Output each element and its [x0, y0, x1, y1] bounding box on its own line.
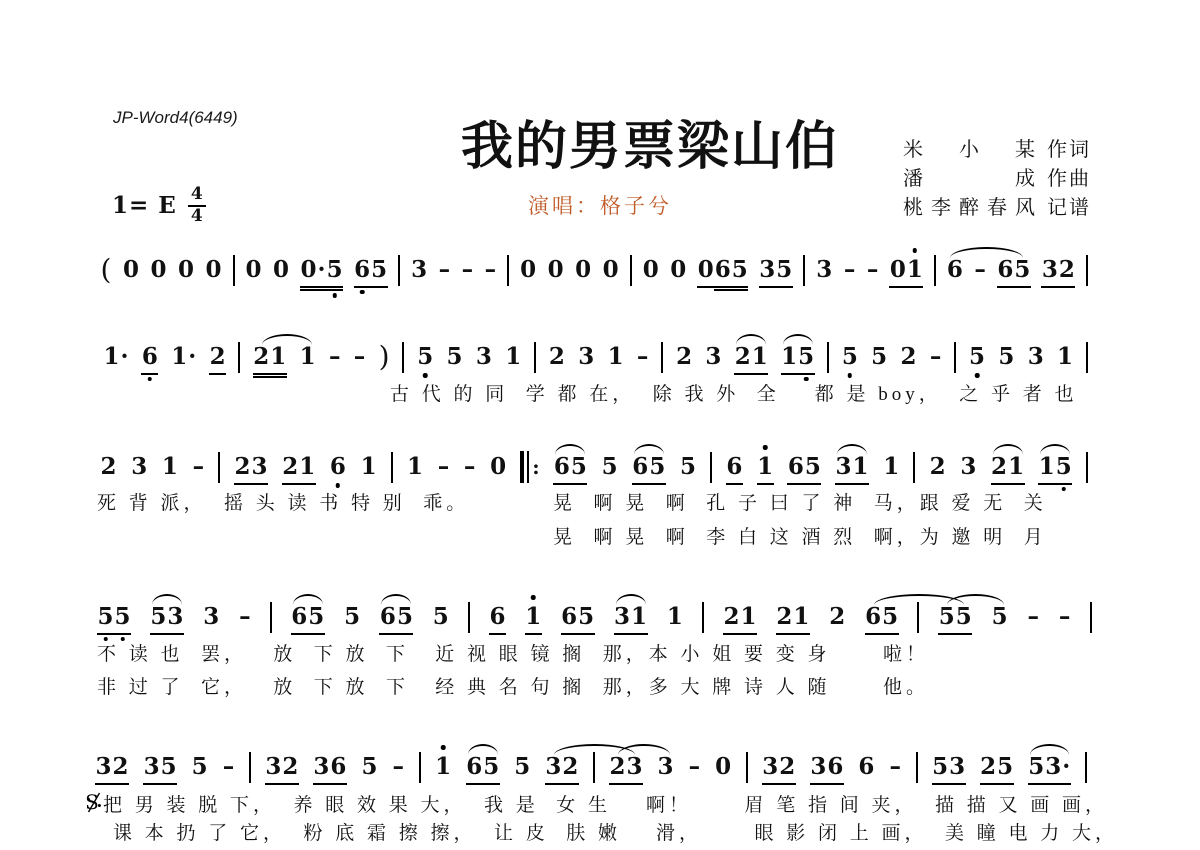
beam-underline: [466, 783, 500, 785]
tie-arc: [152, 594, 183, 605]
key-prefix: 1= E: [112, 192, 177, 219]
octave-dot-above: [531, 595, 536, 600]
note: 6: [946, 255, 963, 285]
note: 0: [122, 255, 139, 285]
note: 0: [602, 255, 619, 285]
note: 1·: [103, 342, 129, 372]
lyric-text: 课 本 扔 了 它， 粉 底 霜 擦 擦， 让 皮 肤 嫩 滑， 眼 影 闭 上…: [113, 823, 1118, 846]
note: 2: [100, 452, 117, 482]
note-char: 3: [614, 602, 631, 632]
beam-underline: [762, 783, 796, 785]
key-signature: 1= E 4 4: [112, 186, 206, 226]
barline: [507, 255, 509, 286]
note: 3: [131, 452, 148, 482]
note: 2: [209, 342, 226, 372]
credit-row: 桃李醉春风记谱: [903, 198, 1099, 218]
note: 21: [282, 452, 316, 482]
note-char: 3: [1027, 342, 1044, 372]
note-char: ·: [188, 342, 197, 372]
note: 55: [938, 602, 972, 632]
barline: [630, 255, 632, 286]
note-char: 1: [740, 602, 757, 632]
notation-line: 55533–65565561653112121265555––: [97, 600, 1092, 634]
note: 65: [632, 452, 666, 482]
note: 5: [601, 452, 618, 482]
note-char: 1: [435, 752, 452, 782]
note-char: 1: [631, 602, 648, 632]
note-char: 5: [396, 602, 413, 632]
segno-icon: S: [86, 791, 102, 821]
note: 53: [150, 602, 184, 632]
time-denominator: 4: [191, 207, 203, 226]
note-char: 3: [626, 752, 643, 782]
tie-arc: [634, 444, 665, 455]
note-char: 0: [889, 255, 906, 285]
barline: [746, 752, 748, 783]
note-char: 5: [680, 452, 697, 482]
note-char: 6: [379, 602, 396, 632]
beam-underline: [759, 286, 793, 288]
lyric-text: 不 读 也 罢， 放 下 放 下 近 视 眼 镜 搁 那，本 小 姐 要 变 身…: [97, 644, 929, 667]
note-char: 2: [282, 752, 299, 782]
note: 25: [980, 752, 1014, 782]
note-char: 5: [97, 602, 114, 632]
note-char: 3: [545, 752, 562, 782]
note-char: –: [222, 752, 235, 782]
note-char: 5: [483, 752, 500, 782]
note: 65: [466, 752, 500, 782]
lyric-text: 晃 啊 晃 啊 孔 子 曰 了 神 马，跟 爱 无 关: [553, 493, 1047, 516]
note-char: 6: [141, 342, 158, 372]
note-char: ): [378, 342, 390, 372]
note-char: 3: [143, 752, 160, 782]
note-char: 3: [95, 752, 112, 782]
note: 6: [329, 452, 346, 482]
beam-underline: [632, 483, 666, 485]
note-char: 5: [432, 602, 449, 632]
octave-dot-below: [423, 373, 428, 378]
note-char: 1: [852, 452, 869, 482]
note-char: 5: [938, 602, 955, 632]
note: 1: [666, 602, 683, 632]
note: 55: [97, 602, 131, 632]
note-char: 5: [326, 255, 343, 285]
note-char: 1: [161, 452, 178, 482]
octave-dot-below: [332, 293, 337, 298]
tie-arc: [293, 594, 324, 605]
note-char: –: [437, 452, 450, 482]
beam-underline: [1038, 483, 1072, 485]
note-char: 5: [649, 452, 666, 482]
note: 5: [417, 342, 434, 372]
note: 53·: [1028, 752, 1071, 782]
note-char: 5: [150, 602, 167, 632]
note: 0: [670, 255, 687, 285]
beam-underline: [865, 633, 899, 635]
barline: [249, 752, 251, 783]
note: 35: [143, 752, 177, 782]
phrase-paren: (: [100, 255, 112, 285]
beam-underline: [787, 483, 821, 485]
note-char: 3: [960, 452, 977, 482]
note: 01: [889, 255, 923, 285]
note-char: 5: [344, 602, 361, 632]
note-char: 5: [997, 752, 1014, 782]
note: –: [192, 452, 205, 482]
note: 0: [273, 255, 290, 285]
note: 65: [787, 452, 821, 482]
note-char: 1: [1038, 452, 1055, 482]
note-char: 5: [998, 342, 1015, 372]
note: 3: [411, 255, 428, 285]
note-char: –: [688, 752, 701, 782]
note-char: 6: [489, 602, 506, 632]
note: –: [843, 255, 856, 285]
barline: [702, 602, 704, 633]
note: –: [463, 452, 476, 482]
note-char: 2: [234, 452, 251, 482]
note-char: 3: [313, 752, 330, 782]
note-char: ·: [1062, 752, 1071, 782]
beam-underline: [300, 289, 343, 291]
sheet-music-page: JP-Word4(6449) 我的男票梁山伯 演唱：格子兮 米小某作词潘成作曲桃…: [0, 0, 1200, 850]
note: –: [484, 255, 497, 285]
note: –: [889, 752, 902, 782]
barline: [913, 452, 915, 483]
note: 2: [548, 342, 565, 372]
note-char: 3: [203, 602, 220, 632]
note: 32: [1041, 255, 1075, 285]
note-char: 6: [291, 602, 308, 632]
beam-underline: [697, 286, 748, 288]
note-char: 6: [946, 255, 963, 285]
note-char: 1: [757, 452, 774, 482]
note-char: –: [929, 342, 942, 372]
note-char: 5: [601, 452, 618, 482]
note-char: 2: [253, 342, 270, 372]
octave-dot-above: [763, 445, 768, 450]
note-char: 6: [466, 752, 483, 782]
note: 32: [95, 752, 129, 782]
note-char: 2: [100, 452, 117, 482]
time-numerator: 4: [188, 186, 206, 207]
beam-underline: [781, 373, 815, 375]
note-char: 0: [122, 255, 139, 285]
note-char: –: [1027, 602, 1040, 632]
note: 0: [575, 255, 592, 285]
note: 1: [299, 342, 316, 372]
note: 21: [723, 602, 757, 632]
notation-line: 231–2321611––0:6556556165311232115: [100, 450, 1088, 484]
tie-arc: [947, 594, 1004, 605]
note: –: [974, 255, 987, 285]
note-char: ·: [317, 255, 326, 285]
beam-underline: [313, 783, 347, 785]
note: –: [866, 255, 879, 285]
note: 5: [432, 602, 449, 632]
note-char: 5: [731, 255, 748, 285]
notation-line: 1·61·2211––)5531231–232115552–5531: [103, 340, 1088, 374]
note-char: 5: [1028, 752, 1045, 782]
barline: [468, 602, 470, 633]
note: 3: [578, 342, 595, 372]
note-char: –: [1058, 602, 1071, 632]
note: 21: [253, 342, 287, 372]
tie-arc: [616, 594, 647, 605]
beam-underline: [757, 483, 774, 485]
barline: [534, 342, 536, 373]
lyric-text: 非 过 了 它， 放 下 放 下 经 典 名 句 搁 那，多 大 牌 诗 人 随…: [97, 677, 929, 700]
beam-underline: [234, 483, 268, 485]
note-char: 6: [329, 452, 346, 482]
lyric-text: 古 代 的 同 学 都 在， 除 我 外 全 都 是 boy， 之 乎 者 也: [390, 384, 1078, 407]
beam-underline: [776, 633, 810, 635]
note: 6: [858, 752, 875, 782]
tie-arc: [837, 444, 868, 455]
beam-underline: [726, 483, 743, 485]
note: 5: [998, 342, 1015, 372]
beam-underline: [997, 286, 1031, 288]
tie-arc: [736, 334, 767, 345]
barline: [827, 342, 829, 373]
tie-arc: [993, 444, 1024, 455]
note-char: 1: [171, 342, 188, 372]
note-char: 5: [361, 752, 378, 782]
repeat-dots: :: [532, 457, 539, 477]
tie-arc: [1040, 444, 1071, 455]
barline: [402, 342, 404, 373]
lyric-row: 非 过 了 它， 放 下 放 下 经 典 名 句 搁 那，多 大 牌 诗 人 随…: [97, 677, 929, 700]
note-char: –: [192, 452, 205, 482]
note-char: 5: [371, 255, 388, 285]
note: 5: [680, 452, 697, 482]
beam-underline: [835, 483, 869, 485]
note-char: 1: [607, 342, 624, 372]
note: –: [392, 752, 405, 782]
note-char: 0: [697, 255, 714, 285]
barline: [593, 752, 595, 783]
note-char: –: [889, 752, 902, 782]
tie-arc: [381, 594, 412, 605]
note: 36: [810, 752, 844, 782]
note-char: –: [392, 752, 405, 782]
beam-underline: [714, 289, 748, 291]
repeat-bar-thick: [520, 451, 524, 483]
barline: [238, 342, 240, 373]
note: –: [1027, 602, 1040, 632]
note: 5: [871, 342, 888, 372]
note: 1: [883, 452, 900, 482]
note: 23: [234, 452, 268, 482]
octave-dot-below: [103, 637, 108, 642]
note-char: 2: [980, 752, 997, 782]
note-char: –: [461, 255, 474, 285]
note: 5: [446, 342, 463, 372]
note: 0: [547, 255, 564, 285]
barline: [233, 255, 235, 286]
beam-underline: [1028, 783, 1071, 785]
beam-underline: [95, 783, 129, 785]
note-char: 3: [816, 255, 833, 285]
note-char: 2: [829, 602, 846, 632]
octave-dot-above: [913, 248, 918, 253]
credit-row: 潘成作曲: [903, 169, 1099, 189]
beam-underline: [150, 633, 184, 635]
beam-underline: [614, 633, 648, 635]
note-char: 5: [798, 342, 815, 372]
barline: [1085, 752, 1087, 783]
note-char: 1: [360, 452, 377, 482]
note-char: 0: [245, 255, 262, 285]
note-char: 5: [514, 752, 531, 782]
note-char: 3: [578, 342, 595, 372]
note: 3: [203, 602, 220, 632]
barline: [218, 452, 220, 483]
barline: [1086, 255, 1088, 286]
note-char: 1: [751, 342, 768, 372]
note-char: 2: [609, 752, 626, 782]
tie-arc: [468, 744, 499, 755]
note-char: 5: [114, 602, 131, 632]
lyric-row: 晃 啊 晃 啊 李 白 这 酒 烈 啊，为 邀 明 月: [553, 527, 1047, 550]
beam-underline: [561, 633, 595, 635]
note: 0: [205, 255, 222, 285]
note: 21: [991, 452, 1025, 482]
note: –: [1058, 602, 1071, 632]
note-char: 3: [810, 752, 827, 782]
note: 1: [161, 452, 178, 482]
note-char: 3: [265, 752, 282, 782]
note-char: 2: [900, 342, 917, 372]
note: 31: [614, 602, 648, 632]
note: 21: [776, 602, 810, 632]
note: 0: [245, 255, 262, 285]
barline: [803, 255, 805, 286]
note-char: 3: [475, 342, 492, 372]
note-char: 6: [561, 602, 578, 632]
note-char: 3: [705, 342, 722, 372]
barline: [419, 752, 421, 783]
note-char: 0: [602, 255, 619, 285]
barline: [1090, 602, 1092, 633]
note-char: 3: [411, 255, 428, 285]
note: 53: [932, 752, 966, 782]
note-char: 0: [205, 255, 222, 285]
note: 0: [150, 255, 167, 285]
note: 3: [475, 342, 492, 372]
note-char: 5: [308, 602, 325, 632]
note-char: 1: [299, 342, 316, 372]
beam-underline: [143, 783, 177, 785]
beam-underline: [723, 633, 757, 635]
note-char: 3: [949, 752, 966, 782]
note-char: 6: [865, 602, 882, 632]
note-char: 2: [1058, 255, 1075, 285]
note-char: –: [353, 342, 366, 372]
beam-underline: [991, 483, 1025, 485]
tie-arc: [783, 334, 814, 345]
note-char: 0: [575, 255, 592, 285]
note: 15: [1038, 452, 1072, 482]
beam-underline: [932, 783, 966, 785]
note-char: 0: [715, 752, 732, 782]
note: –: [239, 602, 252, 632]
tie-arc: [950, 247, 1022, 258]
note: 3: [705, 342, 722, 372]
notation-line: (0000000·5653–––000000065353––016–6532: [100, 253, 1088, 287]
note-char: 6: [553, 452, 570, 482]
repeat-bar-thin: [527, 451, 529, 483]
note-char: 1: [505, 342, 522, 372]
phrase-paren: ): [378, 342, 390, 372]
note-char: 5: [570, 452, 587, 482]
note-char: 2: [734, 342, 751, 372]
note-char: 2: [562, 752, 579, 782]
note-char: 5: [841, 342, 858, 372]
note-char: 6: [827, 752, 844, 782]
note: 31: [835, 452, 869, 482]
note-char: 5: [991, 602, 1008, 632]
note-char: 6: [787, 452, 804, 482]
beam-underline: [265, 783, 299, 785]
note-char: 6: [354, 255, 371, 285]
note: 32: [545, 752, 579, 782]
note: 6: [141, 342, 158, 372]
beam-underline: [889, 286, 923, 288]
note: 2: [929, 452, 946, 482]
beam-underline: [525, 633, 542, 635]
note: 1: [435, 752, 452, 782]
note-char: 0: [150, 255, 167, 285]
note: –: [353, 342, 366, 372]
note: –: [328, 342, 341, 372]
note: 65: [379, 602, 413, 632]
octave-dot-below: [848, 373, 853, 378]
note-char: 0: [300, 255, 317, 285]
barline: [391, 452, 393, 483]
note: 6: [726, 452, 743, 482]
note: 0: [177, 255, 194, 285]
beam-underline: [379, 633, 413, 635]
barline: [661, 342, 663, 373]
beam-underline: [253, 376, 287, 378]
barline: [917, 602, 919, 633]
note-char: 2: [779, 752, 796, 782]
note-char: 2: [209, 342, 226, 372]
note: 0: [715, 752, 732, 782]
credit-name: 潘成: [903, 169, 1035, 189]
note-char: 6: [632, 452, 649, 482]
note: –: [222, 752, 235, 782]
note-char: 1: [793, 602, 810, 632]
note: 6: [489, 602, 506, 632]
note: 3: [657, 752, 674, 782]
note-char: 0: [642, 255, 659, 285]
note: –: [636, 342, 649, 372]
note-char: 5: [871, 342, 888, 372]
beam-underline: [253, 373, 287, 375]
note-char: 5: [160, 752, 177, 782]
note: 0: [520, 255, 537, 285]
note: 2: [829, 602, 846, 632]
note-char: 1: [1008, 452, 1025, 482]
barline: [1086, 452, 1088, 483]
note-char: –: [239, 602, 252, 632]
note: 1: [757, 452, 774, 482]
note-char: –: [484, 255, 497, 285]
note-char: 5: [191, 752, 208, 782]
beam-underline: [489, 633, 506, 635]
